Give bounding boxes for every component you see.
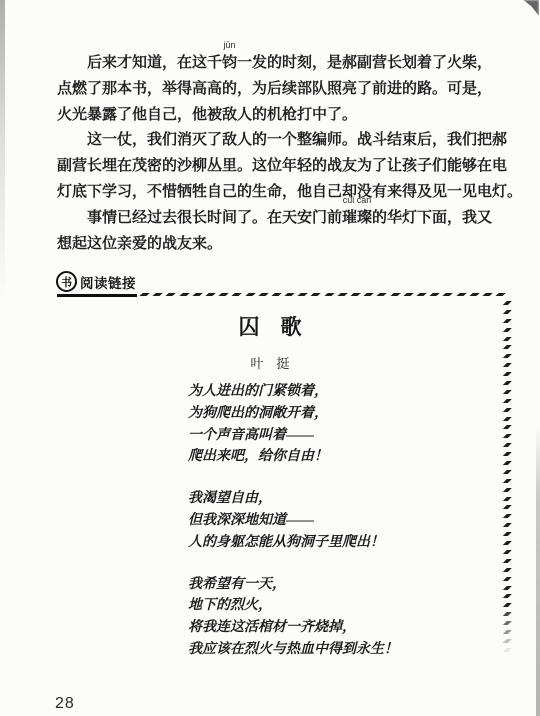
dash-mark <box>503 408 512 412</box>
dash-mark <box>139 293 150 296</box>
paragraph: 事情已经过去很长时间了。在天安门前cuǐ càn璀璨的华灯下面，我又想起这位亲爱… <box>57 205 509 257</box>
dash-mark <box>503 648 512 652</box>
pinyin-label: cuǐ càn <box>343 196 372 205</box>
dash-mark <box>443 293 454 296</box>
book-circle-icon: 书 <box>56 271 77 292</box>
dash-mark <box>324 293 335 296</box>
poem-line: 人的身躯怎能从狗洞子里爬出！ <box>188 532 398 554</box>
scan-corner-artifact <box>522 0 539 18</box>
dash-mark <box>503 577 512 581</box>
dash-mark <box>503 639 512 643</box>
poem-line: 我渴望自由， <box>188 488 398 510</box>
dash-mark <box>503 381 512 385</box>
dash-mark <box>503 461 512 465</box>
paragraph: 后来才知道，在这千jūn钧一发的时刻，是郝副营长划着了火柴，点燃了那本书，举得高… <box>57 50 509 127</box>
poem-line: 但我深深地知道—— <box>188 510 398 532</box>
dash-mark <box>416 293 427 296</box>
dash-mark <box>284 293 295 296</box>
dash-mark <box>503 434 512 438</box>
dash-mark <box>429 293 440 296</box>
poem-stanza: 我渴望自由，但我深深地知道——人的身躯怎能从狗洞子里爬出！ <box>188 488 398 553</box>
reading-link-label: 阅读链接 <box>80 272 136 292</box>
poem-line: 为人进出的门紧锁着， <box>188 381 398 403</box>
dash-mark <box>363 293 374 296</box>
dash-mark <box>311 293 322 296</box>
body-line: 灯底下学习，不惜牺牲自己的生命，他自己却没有来得及见一见电灯。 <box>57 179 509 205</box>
body-line: 想起这位亲爱的战友来。 <box>57 231 509 257</box>
dash-mark <box>152 293 163 296</box>
dash-mark <box>403 293 414 296</box>
dash-mark <box>503 390 512 394</box>
dash-mark <box>503 372 512 376</box>
dash-mark <box>337 293 348 296</box>
dash-mark <box>503 505 512 509</box>
poem-line: 地下的烈火， <box>188 595 398 617</box>
dash-mark <box>179 293 190 296</box>
dash-mark <box>503 310 512 314</box>
textbook-page: 后来才知道，在这千jūn钧一发的时刻，是郝副营长划着了火柴，点燃了那本书，举得高… <box>0 0 540 716</box>
reading-link-underline <box>57 294 137 297</box>
dash-mark <box>503 399 512 403</box>
dash-mark <box>503 443 512 447</box>
body-line: 后来才知道，在这千jūn钧一发的时刻，是郝副营长划着了火柴， <box>57 50 509 76</box>
dash-mark <box>456 293 467 296</box>
dash-mark <box>258 293 269 296</box>
dash-mark <box>503 319 512 323</box>
dash-mark <box>503 523 512 527</box>
poem-line: 我希望有一天， <box>188 574 398 596</box>
scan-edge-shadow-right <box>536 425 540 716</box>
dash-mark <box>503 354 512 358</box>
poem-stanza: 我希望有一天，地下的烈火，将我连这活棺材一齐烧掉，我应该在烈火与热血中得到永生！ <box>188 574 398 661</box>
dash-mark <box>218 293 229 296</box>
paragraph: 这一仗，我们消灭了敌人的一个整编师。战斗结束后，我们把郝副营长埋在茂密的沙柳丛里… <box>57 127 509 204</box>
pinyin-label: jūn <box>224 41 236 50</box>
poem-title: 囚 歌 <box>40 311 500 341</box>
dash-mark <box>503 417 512 421</box>
dash-mark <box>503 603 512 607</box>
dash-mark <box>166 293 177 296</box>
poem-line: 将我连这活棺材一齐烧掉， <box>188 617 398 639</box>
dash-mark <box>503 301 512 305</box>
dash-mark <box>503 550 512 554</box>
dash-mark <box>245 293 256 296</box>
dash-mark <box>503 488 512 492</box>
dash-mark <box>271 293 282 296</box>
dash-mark <box>192 293 203 296</box>
body-line: 点燃了那本书，举得高高的，为后续部队照亮了前进的路。可是， <box>57 76 509 102</box>
body-text: 后来才知道，在这千jūn钧一发的时刻，是郝副营长划着了火柴，点燃了那本书，举得高… <box>57 50 509 256</box>
scan-edge-shadow-left <box>0 0 5 300</box>
dash-mark <box>503 532 512 536</box>
dash-mark <box>503 479 512 483</box>
poem-stanza: 为人进出的门紧锁着，为狗爬出的洞敞开着，一个声音高叫着——爬出来吧，给你自由！ <box>188 381 398 468</box>
body-line: 火光暴露了他自己，他被敌人的机枪打中了。 <box>57 102 509 128</box>
poem-line: 一个声音高叫着—— <box>188 425 398 447</box>
dash-mark <box>503 621 512 625</box>
poem-line: 我应该在烈火与热血中得到永生！ <box>188 639 398 661</box>
dash-mark <box>503 568 512 572</box>
dash-mark <box>503 612 512 616</box>
reading-link-badge: 书 阅读链接 <box>56 271 136 292</box>
dash-mark <box>205 293 216 296</box>
poem-author: 叶 挺 <box>40 353 500 372</box>
dash-mark <box>503 363 512 367</box>
dash-mark <box>377 293 388 296</box>
body-line: 副营长埋在茂密的沙柳丛里。这位年轻的战友为了让孩子们能够在电 <box>57 153 509 179</box>
dashed-border-right <box>505 301 510 657</box>
dash-mark <box>503 345 512 349</box>
poem-line: 为狗爬出的洞敞开着， <box>188 403 398 425</box>
dash-mark <box>469 293 480 296</box>
dash-mark <box>232 293 243 296</box>
dash-mark <box>503 452 512 456</box>
dash-mark <box>297 293 308 296</box>
dash-mark <box>503 586 512 590</box>
dash-mark <box>503 559 512 563</box>
body-line: 事情已经过去很长时间了。在天安门前cuǐ càn璀璨的华灯下面，我又 <box>57 205 509 231</box>
dash-mark <box>482 293 493 296</box>
dash-mark <box>503 594 512 598</box>
dash-mark <box>350 293 361 296</box>
dash-mark <box>503 328 512 332</box>
pinyin-annotated-word: jūn钧 <box>222 50 237 76</box>
poem-body: 为人进出的门紧锁着，为狗爬出的洞敞开着，一个声音高叫着——爬出来吧，给你自由！我… <box>188 381 398 681</box>
dash-mark <box>503 470 512 474</box>
dash-mark <box>503 630 512 634</box>
body-line: 这一仗，我们消灭了敌人的一个整编师。战斗结束后，我们把郝 <box>57 127 509 153</box>
dash-mark <box>503 514 512 518</box>
dash-mark <box>495 293 506 296</box>
dash-mark <box>503 541 512 545</box>
page-number: 28 <box>55 695 75 713</box>
dashed-border-top <box>141 293 510 296</box>
dash-mark <box>503 337 512 341</box>
dash-mark <box>390 293 401 296</box>
dash-mark <box>503 497 512 501</box>
pinyin-annotated-word: cuǐ càn璀璨 <box>342 205 372 231</box>
poem-line: 爬出来吧，给你自由！ <box>188 446 398 468</box>
dash-mark <box>503 425 512 429</box>
